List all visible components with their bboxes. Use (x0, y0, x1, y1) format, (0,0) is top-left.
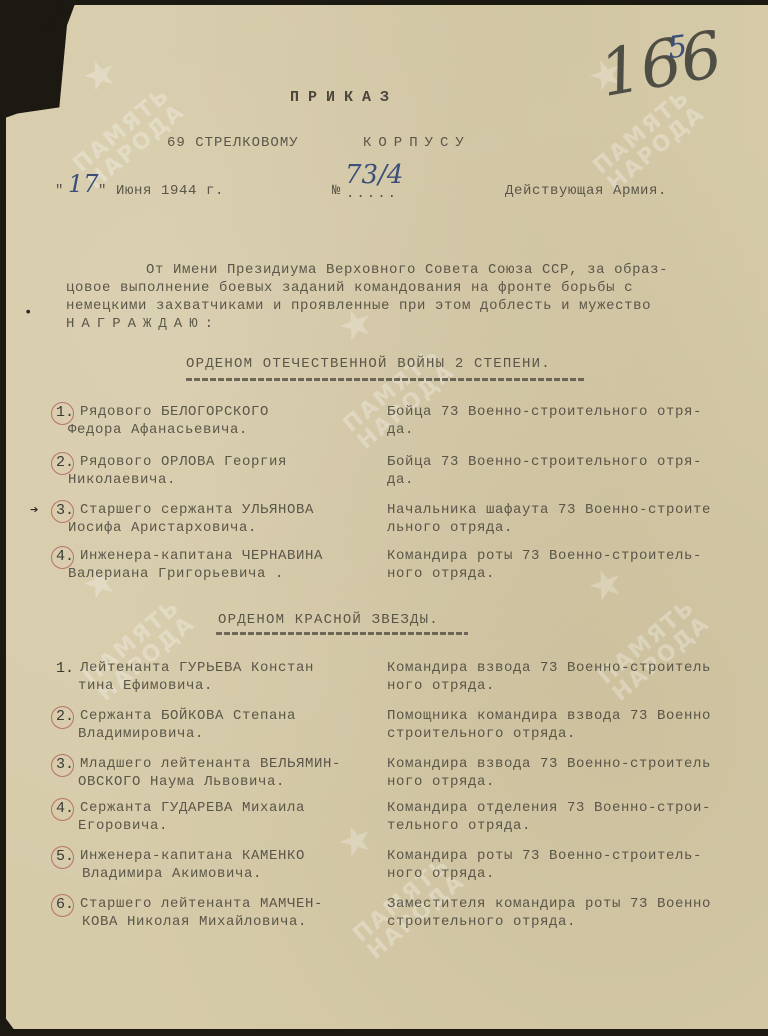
date-month-year: " Июня 1944 г. (98, 183, 224, 199)
recipient-name: Рядового БЕЛОГОРСКОГО (80, 404, 269, 420)
entry-number: 2. (56, 454, 74, 471)
margin-mark: • (24, 305, 32, 321)
order-title: ПРИКАЗ (290, 89, 398, 106)
recipient-role: да. (387, 422, 414, 438)
recipient-name: Валериана Григорьевича . (68, 566, 284, 582)
recipient-name: тина Ефимовича. (78, 678, 213, 694)
recipient-name: Старшего сержанта УЛЬЯНОВА (80, 502, 314, 518)
recipient-name: Инженера-капитана КАМЕНКО (80, 848, 305, 864)
date-prefix: " (55, 183, 64, 199)
recipient-name: Рядового ОРЛОВА Георгия (80, 454, 287, 470)
order-number: 73/4 (345, 160, 403, 190)
entry-number: 1. (56, 404, 74, 421)
recipient-name: Егоровича. (78, 818, 168, 834)
recipient-role: да. (387, 472, 414, 488)
recipient-name: Федора Афанасьевича. (68, 422, 248, 438)
recipient-name: Владимира Акимовича. (82, 866, 262, 882)
entry-number: 5. (56, 848, 74, 865)
torn-corner (0, 0, 62, 42)
recipient-name: КОВА Николая Михайловича. (82, 914, 307, 930)
order-number-label: № (332, 183, 341, 199)
preamble-award-word: НАГРАЖДАЮ: (66, 316, 220, 332)
entry-number: 4. (56, 548, 74, 565)
recipient-name: Лейтенанта ГУРЬЕВА Констан (80, 660, 314, 676)
recipient-name: Младшего лейтенанта ВЕЛЬЯМИН- (80, 756, 341, 772)
recipient-name: Сержанта ГУДАРЕВА Михаила (80, 800, 305, 816)
recipient-role: ного отряда. (387, 678, 495, 694)
entry-number: 3. (56, 502, 74, 519)
recipient-name: Николаевича. (68, 472, 176, 488)
preamble-line: От Имени Президиума Верховного Совета Со… (146, 262, 668, 278)
recipient-name: ОВСКОГО Наума Львовича. (78, 774, 285, 790)
margin-mark: ➔ (30, 502, 38, 519)
recipient-name: Инженера-капитана ЧЕРНАВИНА (80, 548, 323, 564)
entry-number: 2. (56, 708, 74, 725)
recipient-name: Старшего лейтенанта МАМЧЕН- (80, 896, 323, 912)
location: Действующая Армия. (505, 183, 667, 199)
heading-underline (186, 378, 586, 381)
entry-number: 3. (56, 756, 74, 773)
preamble-line: цовое выполнение боевых заданий командов… (66, 280, 633, 296)
entry-number: 1. (56, 660, 74, 677)
section-heading: ОРДЕНОМ КРАСНОЙ ЗВЕЗДЫ. (218, 612, 439, 628)
recipient-role: ного отряда. (387, 774, 495, 790)
date-day: 17 (68, 170, 99, 198)
recipient-name: Сержанта БОЙКОВА Степана (80, 708, 296, 724)
recipient-name: Иосифа Аристарховича. (68, 520, 257, 536)
recipient-role: тельного отряда. (387, 818, 531, 834)
recipient-role: Бойца 73 Военно-строительного отря- (387, 404, 702, 420)
recipient-role: Командира роты 73 Военно-строитель- (387, 848, 702, 864)
recipient-role: Помощника командира взвода 73 Военно (387, 708, 711, 724)
corps-word: КОРПУСУ (363, 135, 471, 151)
preamble-line: немецкими захватчиками и проявленные при… (66, 298, 651, 314)
recipient-role: Командира взвода 73 Военно-строитель (387, 660, 711, 676)
recipient-role: Заместителя командира роты 73 Военно (387, 896, 711, 912)
recipient-role: Командира роты 73 Военно-строитель- (387, 548, 702, 564)
recipient-role: ного отряда. (387, 566, 495, 582)
heading-underline (216, 632, 468, 635)
recipient-role: Командира отделения 73 Военно-строи- (387, 800, 711, 816)
recipient-role: Бойца 73 Военно-строительного отря- (387, 454, 702, 470)
recipient-role: строительного отряда. (387, 914, 576, 930)
entry-number: 6. (56, 896, 74, 913)
section-heading: ОРДЕНОМ ОТЕЧЕСТВЕННОЙ ВОЙНЫ 2 СТЕПЕНИ. (186, 356, 551, 372)
recipient-role: ного отряда. (387, 866, 495, 882)
entry-number: 4. (56, 800, 74, 817)
recipient-role: Командира взвода 73 Военно-строитель (387, 756, 711, 772)
recipient-role: Начальника шафаута 73 Военно-строите (387, 502, 711, 518)
recipient-role: строительного отряда. (387, 726, 576, 742)
recipient-role: льного отряда. (387, 520, 513, 536)
recipient-name: Владимировича. (78, 726, 204, 742)
corps-name: 69 СТРЕЛКОВОМУ (167, 135, 299, 151)
